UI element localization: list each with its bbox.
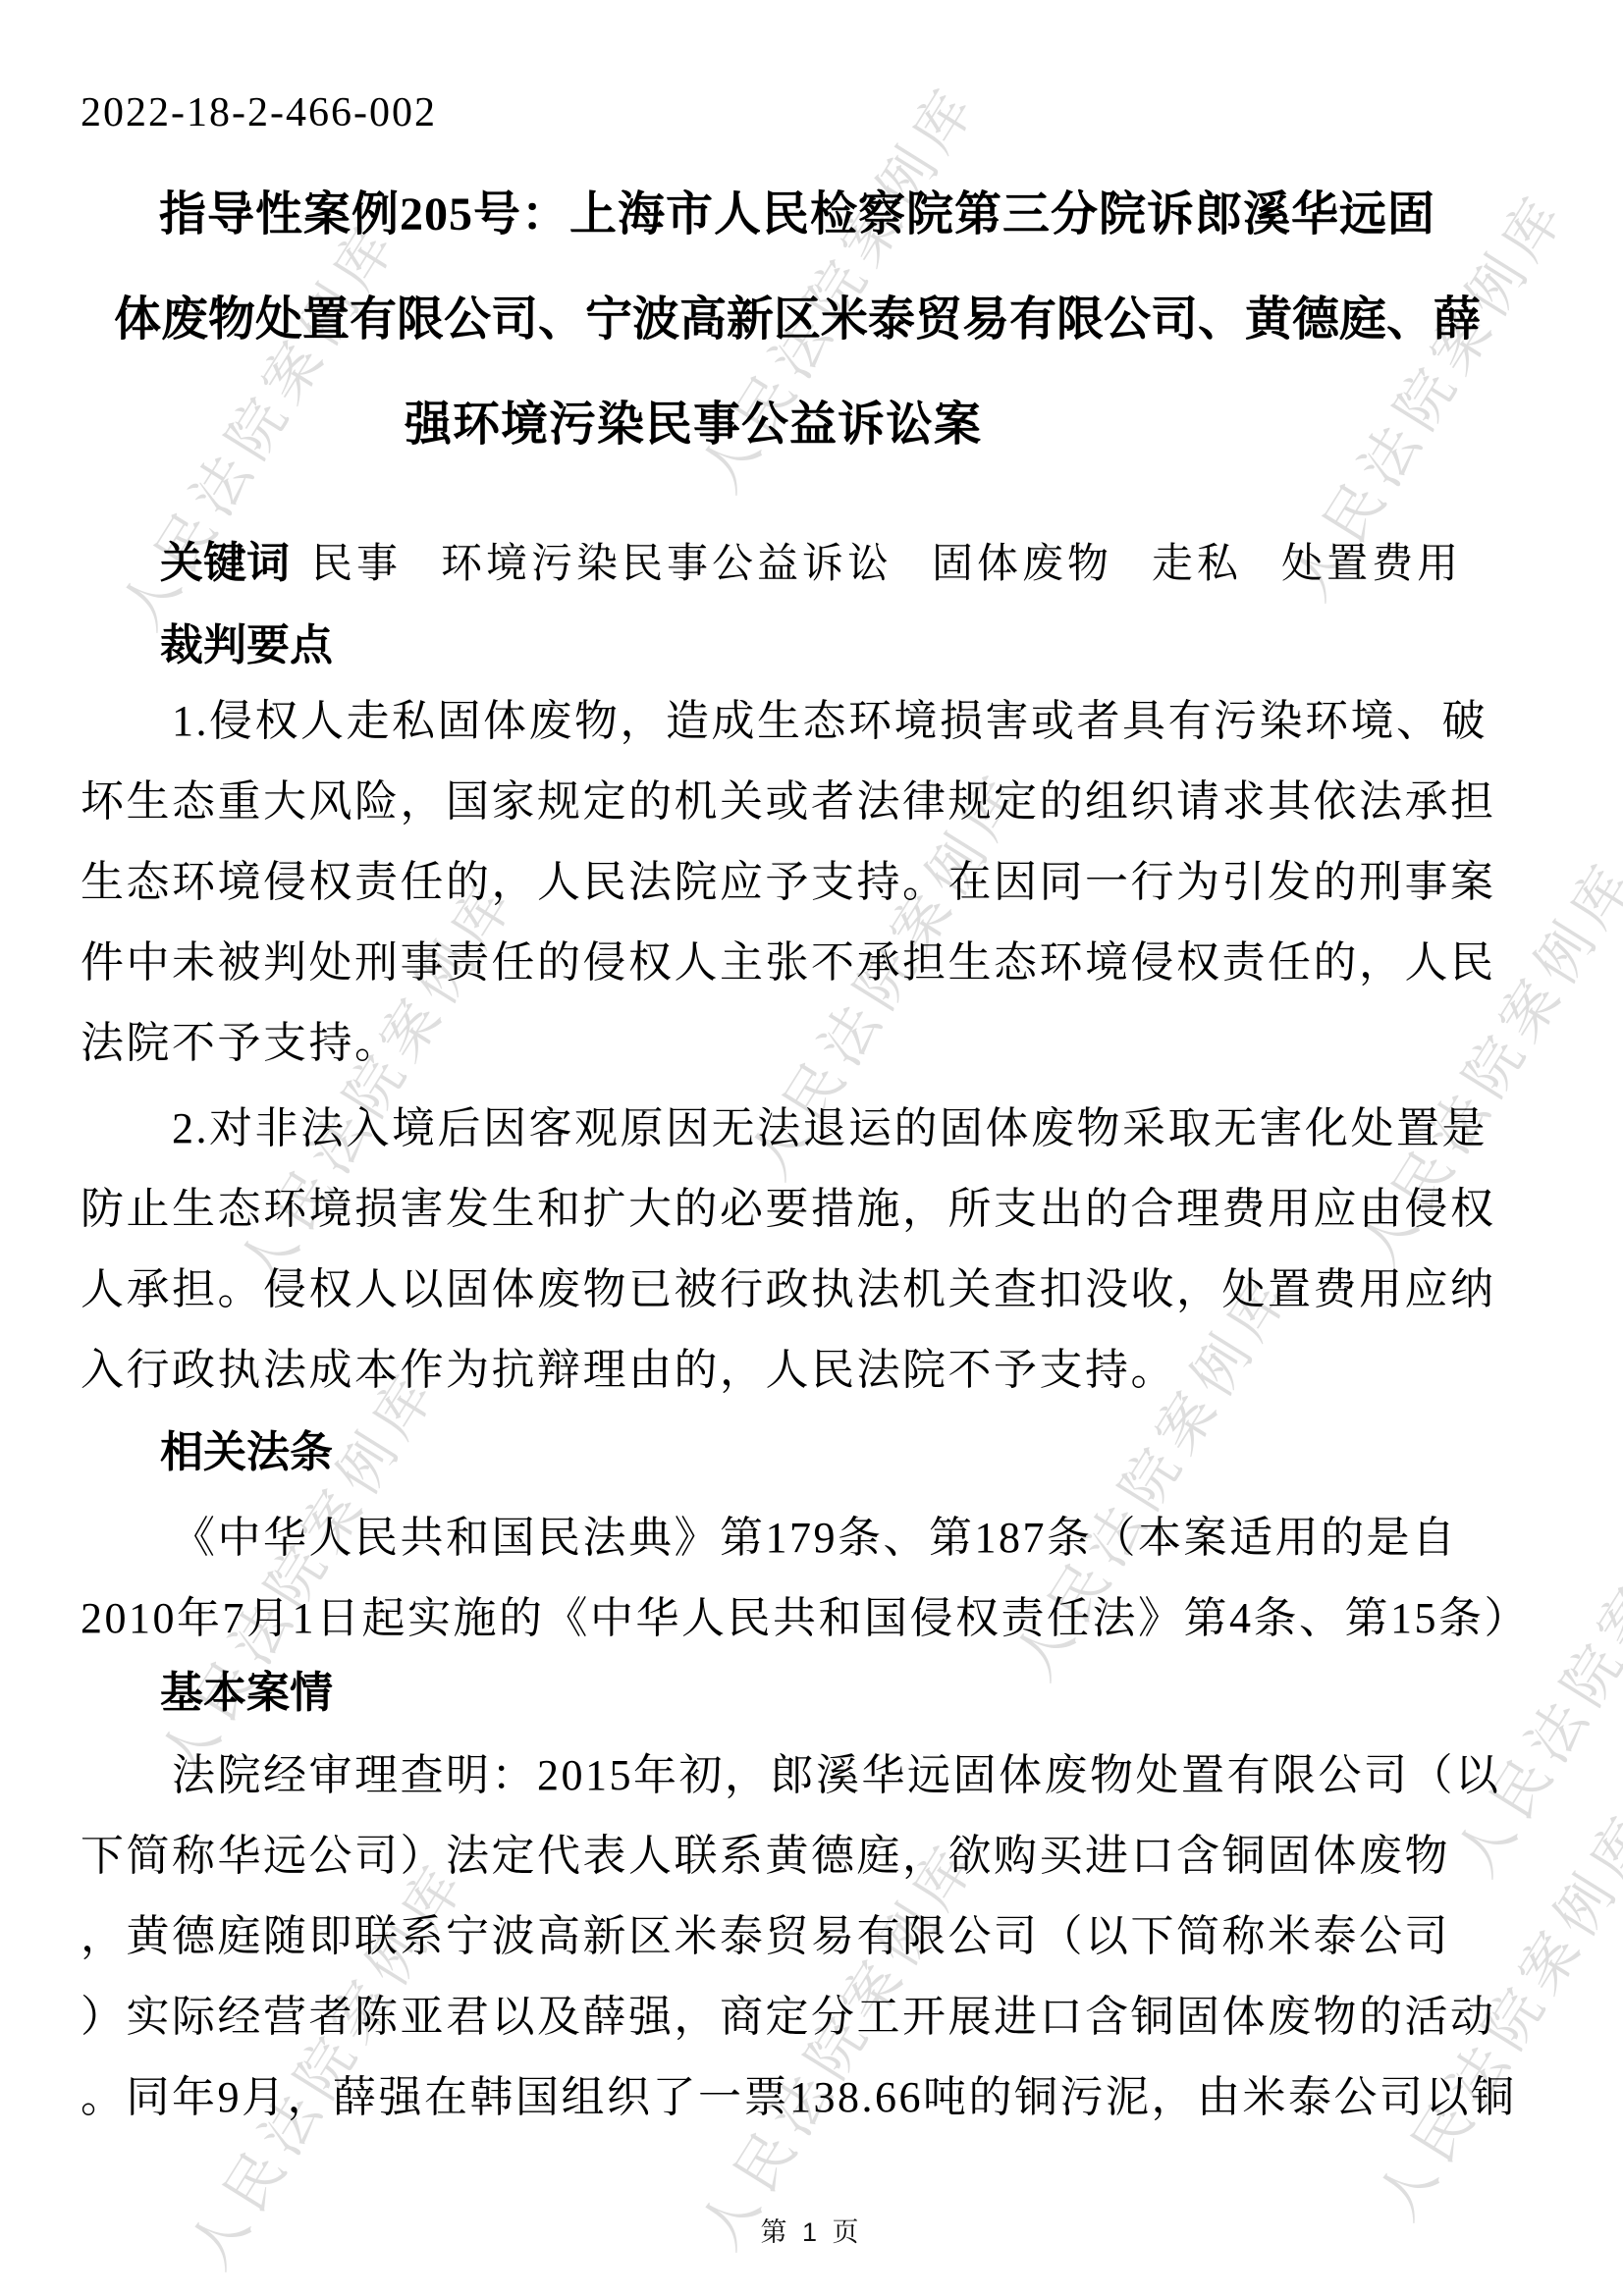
body-line: ，黄德庭随即联系宁波高新区米泰贸易有限公司（以下简称米泰公司 (81, 1896, 1514, 1977)
keywords-row: 关键词 民事 环境污染民事公益诉讼 固体废物 走私 处置费用 (160, 523, 1515, 614)
doc-number: 2022-18-2-466-002 (81, 88, 437, 137)
basic-facts-paragraph: 法院经审理查明：2015年初，郎溪华远固体废物处置有限公司（以 下简称华远公司）… (81, 1735, 1514, 2138)
body-line: 法院经审理查明：2015年初，郎溪华远固体废物处置有限公司（以 (81, 1735, 1514, 1816)
keyword-term-3: 固体废物 (932, 542, 1112, 587)
judgment-points-heading: 裁判要点 (160, 606, 333, 686)
keyword-term-2: 环境污染民事公益诉讼 (441, 542, 893, 587)
case-title-line-1: 指导性案例205号：上海市人民检察院第三分院诉郎溪华远固 (81, 162, 1514, 267)
body-line: 生态环境侵权责任的，人民法院应予支持。在因同一行为引发的刑事案 (81, 842, 1514, 923)
keyword-term-1: 民事 (311, 542, 402, 587)
related-laws-heading: 相关法条 (160, 1413, 333, 1493)
page-footer: 第 1 页 (0, 2211, 1623, 2249)
body-line: 人承担。侵权人以固体废物已被行政执法机关查扣没收，处置费用应纳 (81, 1250, 1514, 1330)
body-line: 。同年9月，薛强在韩国组织了一票138.66吨的铜污泥，由米泰公司以铜 (81, 2057, 1514, 2138)
judgment-point-1: 1.侵权人走私固体废物，造成生态环境损害或者具有污染环境、破 坏生态重大风险，国… (81, 681, 1514, 1084)
body-line: 坏生态重大风险，国家规定的机关或者法律规定的组织请求其依法承担 (81, 762, 1514, 842)
body-line: 2.对非法入境后因客观原因无法退运的固体废物采取无害化处置是 (81, 1089, 1514, 1169)
keyword-term-4: 走私 (1152, 542, 1242, 587)
basic-facts-heading: 基本案情 (160, 1653, 333, 1734)
body-line: 2010年7月1日起实施的《中华人民共和国侵权责任法》第4条、第15条） (81, 1578, 1514, 1659)
body-line: 《中华人民共和国民法典》第179条、第187条（本案适用的是自 (81, 1498, 1514, 1578)
body-line: 防止生态环境损害发生和扩大的必要措施，所支出的合理费用应由侵权 (81, 1169, 1514, 1250)
judgment-point-2: 2.对非法入境后因客观原因无法退运的固体废物采取无害化处置是 防止生态环境损害发… (81, 1089, 1514, 1411)
case-title-line-3: 强环境污染民事公益诉讼案 (0, 372, 1410, 477)
keyword-term-5: 处置费用 (1281, 542, 1462, 587)
body-line: 入行政执法成本作为抗辩理由的，人民法院不予支持。 (81, 1330, 1514, 1411)
document-content: 2022-18-2-466-002 指导性案例205号：上海市人民检察院第三分院… (0, 0, 1623, 2296)
keywords-label: 关键词 (160, 539, 290, 587)
body-line: 1.侵权人走私固体废物，造成生态环境损害或者具有污染环境、破 (81, 681, 1514, 762)
related-laws-paragraph: 《中华人民共和国民法典》第179条、第187条（本案适用的是自 2010年7月1… (81, 1498, 1514, 1659)
body-line: 件中未被判处刑事责任的侵权人主张不承担生态环境侵权责任的，人民 (81, 923, 1514, 1003)
case-title: 指导性案例205号：上海市人民检察院第三分院诉郎溪华远固 体废物处置有限公司、宁… (81, 162, 1514, 477)
body-line: ）实际经营者陈亚君以及薛强，商定分工开展进口含铜固体废物的活动 (81, 1977, 1514, 2057)
case-title-line-2: 体废物处置有限公司、宁波高新区米泰贸易有限公司、黄德庭、薛 (81, 267, 1514, 372)
body-line: 下简称华远公司）法定代表人联系黄德庭，欲购买进口含铜固体废物 (81, 1816, 1514, 1896)
body-line: 法院不予支持。 (81, 1003, 1514, 1084)
document-page: 人民法院案例库 人民法院案例库 人民法院案例库 人民法院案例库 人民法院案例库 … (0, 0, 1623, 2296)
